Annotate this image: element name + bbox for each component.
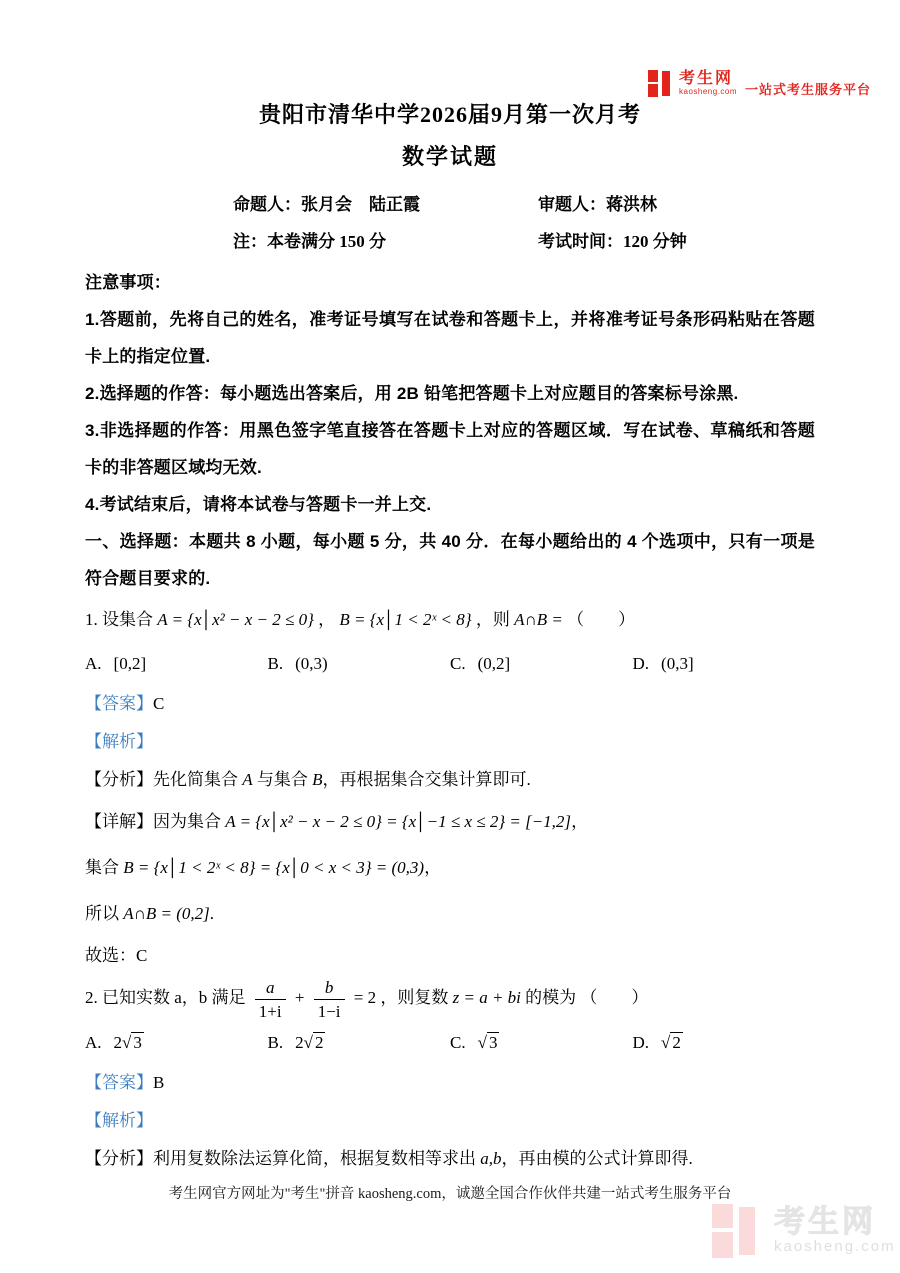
q2-stem: 2. 已知实数 a，b 满足 a1+i + b1−i = 2 ，则复数 z = … [85,975,815,1022]
q1-option-b-value: (0,3) [295,654,328,673]
q1-answer-line: 【答案】C [85,685,815,723]
notice-heading: 注意事项： [85,264,815,301]
page-subtitle: 数学试题 [85,142,815,172]
q2-fraction-2: b1−i [314,977,345,1022]
q2-frac2-denominator: 1−i [314,1000,345,1022]
exam-paper-page: 考生网 kaosheng.com 一站式考生服务平台 贵阳市清华中学2026届9… [0,0,900,1273]
q1-option-c: C.(0,2] [450,643,633,685]
q2-option-a-sqrt-sign: 2√ [114,1033,132,1052]
kaosheng-watermark: 考生网 kaosheng.com [712,1204,896,1258]
q2-answer-paren: （ ） [580,988,648,1007]
watermark-brand-domain: kaosheng.com [774,1238,896,1255]
q1-option-a: A.[0,2] [85,643,268,685]
q1-xiangjie-1-suffix: ， [571,812,588,831]
q1-option-b: B.(0,3) [268,643,451,685]
q2-stem-suffix: 的模为 [525,988,576,1007]
q1-option-c-label: C. [450,654,466,673]
q2-answer-value: B [153,1073,164,1092]
kaosheng-logo-icon [648,70,674,97]
q2-option-b-radicand: 2 [313,1032,326,1052]
q2-option-c-radicand: 3 [487,1032,500,1052]
q1-option-a-label: A. [85,654,102,673]
q1-stem: 1. 设集合 A = {x│x² − x − 2 ≤ 0} ， B = {x│1… [85,597,815,643]
q2-option-a-radicand: 3 [131,1032,144,1052]
q2-fenxi-text-2: ，再由模的公式计算即得. [502,1149,693,1168]
q1-xiangjie-1-math: A = {x│x² − x − 2 ≤ 0} = {x│−1 ≤ x ≤ 2} … [225,812,571,831]
brand-domain: kaosheng.com [679,87,737,96]
meta-score-note: 注：本卷满分 150 分 [233,223,538,260]
section-heading-choice: 一、选择题：本题共 8 小题，每小题 5 分，共 40 分．在每小题给出的 4 … [85,523,815,597]
q1-answer-value: C [153,694,164,713]
q1-option-d-label: D. [633,654,650,673]
q2-option-c-sqrt-sign: √ [478,1033,487,1052]
q1-stem-comma: ， [318,610,335,629]
q2-option-d-radicand: 2 [670,1032,683,1052]
q1-xiangjie-2-suffix: ， [424,858,441,877]
q2-fenxi-tag: 【分析】 [85,1149,153,1168]
q1-fenxi-var-a: A [242,770,252,789]
q1-xiangjie-line-1: 【详解】因为集合 A = {x│x² − x − 2 ≤ 0} = {x│−1 … [85,799,815,845]
question-1: 1. 设集合 A = {x│x² − x − 2 ≤ 0} ， B = {x│1… [85,597,815,975]
page-title: 贵阳市清华中学2026届9月第一次月考 [85,100,815,130]
q2-fenxi-line: 【分析】利用复数除法运算化简，根据复数相等求出 a,b，再由模的公式计算即得. [85,1140,815,1178]
q2-frac1-numerator: a [255,977,286,1000]
notice-item-2: 2.选择题的作答：每小题选出答案后，用 2B 铅笔把答题卡上对应题目的答案标号涂… [85,375,815,412]
meta-row-authors: 命题人：张月会 陆正霞 审题人：蒋洪林 [85,186,815,223]
q1-xiangjie-2-math: B = {x│1 < 2ˣ < 8} = {x│0 < x < 3} = (0,… [123,858,424,877]
q2-equals-two: = 2 [354,988,376,1007]
meta-reviewer: 审题人：蒋洪林 [538,186,657,223]
q2-options: A.2√3 B.2√2 C.√3 D.√2 [85,1022,815,1064]
q2-fraction-1: a1+i [255,977,286,1022]
kaosheng-watermark-icon [712,1204,764,1258]
q1-option-d-value: (0,3] [661,654,694,673]
q1-fenxi-line: 【分析】先化简集合 A 与集合 B，再根据集合交集计算即可. [85,761,815,799]
q1-xiangjie-tag: 【详解】 [85,812,153,831]
q2-option-d-sqrt-sign: √ [661,1033,670,1052]
question-2: 2. 已知实数 a，b 满足 a1+i + b1−i = 2 ，则复数 z = … [85,975,815,1178]
q2-option-c: C.√3 [450,1022,633,1064]
q2-fenxi-text-1: 利用复数除法运算化简，根据复数相等求出 [153,1149,476,1168]
q1-xiangjie-line-2: 集合 B = {x│1 < 2ˣ < 8} = {x│0 < x < 3} = … [85,845,815,891]
q2-option-c-label: C. [450,1033,466,1052]
q2-option-a-label: A. [85,1033,102,1052]
brand-name: 考生网 [679,70,737,87]
q2-option-a: A.2√3 [85,1022,268,1064]
meta-row-exam-info: 注：本卷满分 150 分 考试时间：120 分钟 [85,223,815,260]
q1-options: A.[0,2] B.(0,3) C.(0,2] D.(0,3] [85,643,815,685]
q1-xiangjie-line-3: 所以 A∩B = (0,2]. [85,891,815,937]
q2-fenxi-vars: a,b [480,1149,501,1168]
q2-option-b-label: B. [268,1033,284,1052]
brand-tagline: 一站式考生服务平台 [745,79,871,98]
q1-option-b-label: B. [268,654,284,673]
q2-option-b-sqrt-sign: 2√ [295,1033,313,1052]
q1-fenxi-var-b: B [312,770,322,789]
meta-setter: 命题人：张月会 陆正霞 [233,186,538,223]
notice-section: 注意事项： 1.答题前，先将自己的姓名，准考证号填写在试卷和答题卡上，并将准考证… [85,264,815,523]
q1-stem-then: ，则 [476,610,510,629]
q1-xiangjie-3-suffix: . [210,904,214,923]
q2-jiexi-line: 【解析】 [85,1102,815,1140]
q2-option-b: B.2√2 [268,1022,451,1064]
meta-time-note: 考试时间：120 分钟 [538,223,687,260]
q1-fenxi-text-1: 先化简集合 [153,770,238,789]
q2-stem-mid: ，则复数 [380,988,448,1007]
q2-answer-line: 【答案】B [85,1064,815,1102]
notice-item-3: 3.非选择题的作答：用黑色签字笔直接答在答题卡上对应的答题区域．写在试卷、草稿纸… [85,412,815,486]
q1-stem-prefix: 1. 设集合 [85,610,153,629]
q2-stem-prefix: 2. 已知实数 a，b 满足 [85,988,246,1007]
q1-intersection-formula: A∩B = [514,610,563,629]
q1-conclusion: 故选：C [85,937,815,975]
footer-text: 考生网官方网址为"考生"拼音 kaosheng.com，诚邀全国合作伙伴共建一站… [0,1182,900,1203]
q1-xiangjie-1-prefix: 因为集合 [153,812,221,831]
q2-option-d-label: D. [633,1033,650,1052]
notice-item-1: 1.答题前，先将自己的姓名，准考证号填写在试卷和答题卡上，并将准考证号条形码粘贴… [85,301,815,375]
q1-jiexi-line: 【解析】 [85,723,815,761]
q2-answer-tag: 【答案】 [85,1073,153,1092]
q1-fenxi-text-2: 与集合 [257,770,308,789]
q1-xiangjie-2-prefix: 集合 [85,858,119,877]
q1-answer-paren: （ ） [567,610,635,629]
q2-option-d: D.√2 [633,1022,816,1064]
q2-frac1-denominator: 1+i [255,1000,286,1022]
notice-item-4: 4.考试结束后，请将本试卷与答题卡一并上交. [85,486,815,523]
q2-plus-operator: + [295,988,305,1007]
q1-option-c-value: (0,2] [478,654,511,673]
watermark-brand-name: 考生网 [774,1204,876,1239]
q1-answer-tag: 【答案】 [85,694,153,713]
q1-fenxi-text-3: ，再根据集合交集计算即可. [323,770,531,789]
q1-set-b-formula: B = {x│1 < 2ˣ < 8} [339,610,471,629]
q2-jiexi-tag: 【解析】 [85,1111,153,1130]
q1-option-d: D.(0,3] [633,643,816,685]
q1-set-a-formula: A = {x│x² − x − 2 ≤ 0} [157,610,314,629]
q1-jiexi-tag: 【解析】 [85,732,153,751]
q1-xiangjie-3-math: A∩B = (0,2] [123,904,210,923]
q2-frac2-numerator: b [314,977,345,1000]
q1-xiangjie-3-prefix: 所以 [85,904,119,923]
q1-option-a-value: [0,2] [114,654,147,673]
kaosheng-logo: 考生网 kaosheng.com 一站式考生服务平台 [648,70,871,98]
q2-complex-formula: z = a + bi [453,988,521,1007]
q1-fenxi-tag: 【分析】 [85,770,153,789]
